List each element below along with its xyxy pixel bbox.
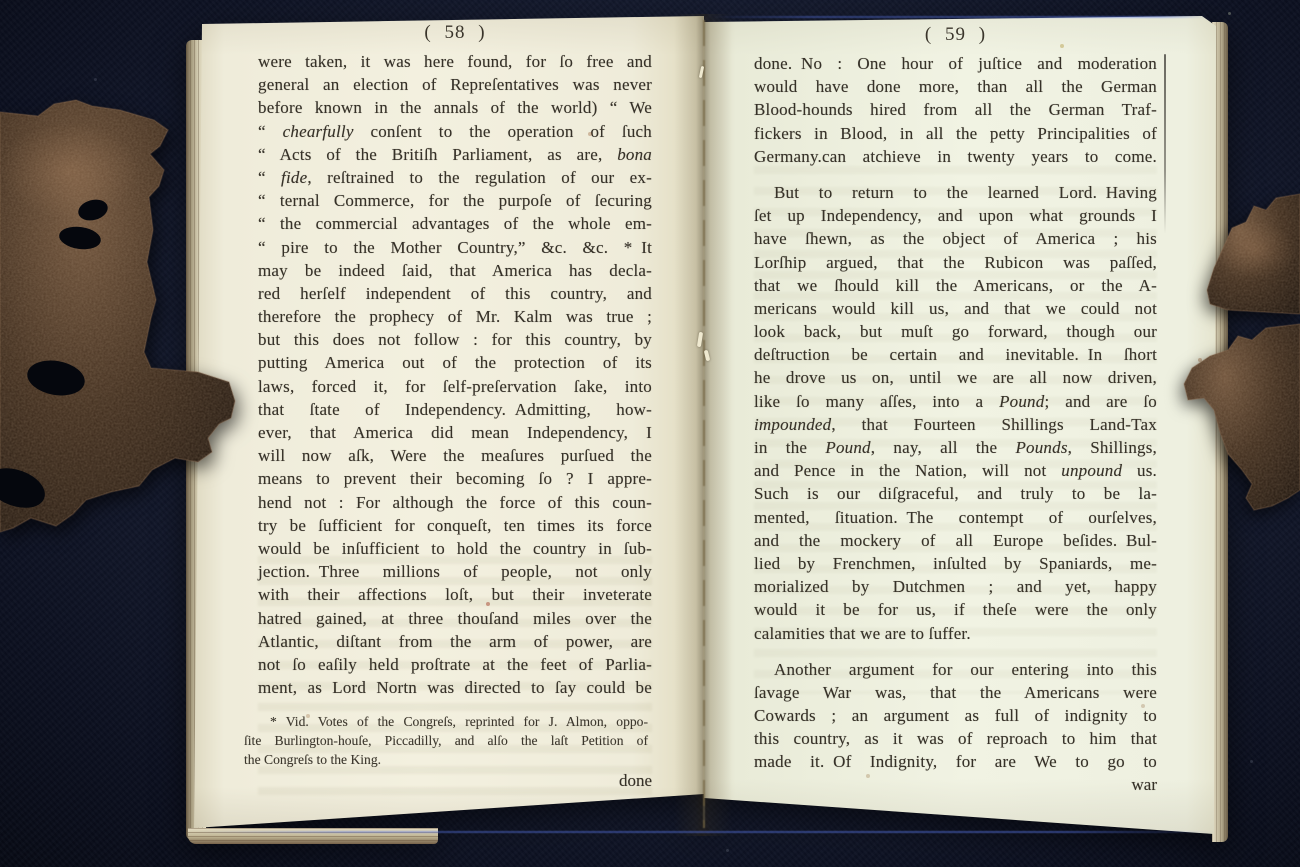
text-segment: , nay, all the (871, 438, 1016, 457)
text-line: he drove us on, until we are all now dri… (754, 366, 1157, 389)
text-line: and Pence in the Nation, will not unpoun… (754, 459, 1157, 482)
page-58-text-block: were taken, it was here found, for ſo fr… (258, 50, 652, 699)
text-line: not ſo eaſily held proſtrate at the feet… (258, 653, 652, 676)
text-segment: conſent to the operation of ſuch (354, 122, 652, 141)
text-segment: Atlantic, diſtant from the arm of power,… (258, 632, 652, 651)
text-segment: may be indeed ſaid, that America has dec… (258, 261, 652, 280)
page-number-59: ( 59 ) (754, 24, 1157, 46)
paragraph: done. No : One hour of juſtice and moder… (754, 52, 1157, 168)
text-segment: would it be for us, if theſe were the on… (754, 600, 1157, 619)
edge-light-fringe (710, 16, 1208, 18)
text-line: “ the commercial advantages of the whole… (258, 212, 652, 235)
text-line: but this does not follow : for this coun… (258, 328, 652, 351)
text-segment: and Pence in the Nation, will not (754, 461, 1061, 480)
text-line: ment, as Lord Nortn was directed to ſay … (258, 676, 652, 699)
page-58-catchword: done (258, 771, 652, 791)
foxing-spots (186, 14, 190, 18)
text-line: would it be for us, if theſe were the on… (754, 598, 1157, 621)
text-segment: jection. Three millions of people, not o… (258, 562, 652, 581)
text-segment: us. (1122, 461, 1157, 480)
text-segment: but this does not follow : for this coun… (258, 330, 652, 349)
text-segment: made it. Of Indignity, for are We to go … (754, 752, 1157, 771)
text-line: made it. Of Indignity, for are We to go … (754, 750, 1157, 773)
text-line: deſtruction be certain and inevitable. I… (754, 343, 1157, 366)
text-segment: Blood-hounds hired from all the German T… (754, 100, 1157, 119)
text-line: putting America out of the protection of… (258, 351, 652, 374)
text-line: jection. Three millions of people, not o… (258, 560, 652, 583)
text-segment: like ſo many aſſes, into a (754, 392, 999, 411)
paragraph: Another argument for our entering into t… (754, 658, 1157, 774)
italic-text-segment: Pounds (1015, 438, 1067, 457)
text-line: like ſo many aſſes, into a Pound; and ar… (754, 390, 1157, 413)
text-line: therefore the prophecy of Mr. Kalm was t… (258, 305, 652, 328)
text-segment: before known in the annals of the world)… (258, 98, 652, 117)
text-line: before known in the annals of the world)… (258, 96, 652, 119)
text-line: ſavage War was, that the Americans were (754, 681, 1157, 704)
text-line: red herſelf independent of this country,… (258, 282, 652, 305)
text-segment: and the mockery of all Europe beſides. B… (754, 531, 1157, 550)
italic-text-segment: unpound (1061, 461, 1122, 480)
text-segment: will now aſk, Were the meaſures purſued … (258, 446, 652, 465)
text-line: hatred gained, at three thouſand miles o… (258, 607, 652, 630)
italic-text-segment: chearfully (283, 122, 354, 141)
text-segment: Another argument for our entering into t… (774, 660, 1157, 679)
page-58-footnote: * Vid. Votes of the Congreſs, reprinted … (244, 712, 648, 769)
text-segment: the Congreſs to the King. (244, 752, 381, 767)
text-line: Blood-hounds hired from all the German T… (754, 98, 1157, 121)
text-segment: “ (258, 168, 281, 187)
text-segment: red herſelf independent of this country,… (258, 284, 652, 303)
photo-scene: ( 58 ) were taken, it was here found, fo… (0, 0, 1300, 867)
text-segment: he drove us on, until we are all now dri… (754, 368, 1157, 387)
text-line: But to return to the learned Lord. Havin… (754, 181, 1157, 204)
text-line: with their affections loſt, but their in… (258, 583, 652, 606)
text-segment: morialized by Dutchmen ; and yet, happy (754, 577, 1157, 596)
page-59-text-block: done. No : One hour of juſtice and moder… (754, 52, 1157, 774)
text-line: lied by Frenchmen, inſulted by Spaniards… (754, 552, 1157, 575)
text-line: * Vid. Votes of the Congreſs, reprinted … (244, 712, 648, 731)
text-line: ever, that America did mean Independency… (258, 421, 652, 444)
text-segment: mericans would kill us, and that we coul… (754, 299, 1157, 318)
text-line: “ ternal Commerce, for the purpoſe of ſe… (258, 189, 652, 212)
italic-text-segment: Pound (825, 438, 870, 457)
text-line: in the Pound, nay, all the Pounds, Shill… (754, 436, 1157, 459)
text-line: ſet up Independency, and upon what groun… (754, 204, 1157, 227)
book-page-58: ( 58 ) were taken, it was here found, fo… (188, 14, 704, 836)
text-line: would have done more, than all the Germa… (754, 75, 1157, 98)
text-line: look back, but muſt go forward, though o… (754, 320, 1157, 343)
text-line: “ fide, reſtrained to the regulation of … (258, 166, 652, 189)
text-line: ſite Burlington-houſe, Piccadilly, and a… (244, 731, 648, 750)
text-segment: lied by Frenchmen, inſulted by Spaniards… (754, 554, 1157, 573)
text-segment: putting America out of the protection of… (258, 353, 652, 372)
text-line: laws, forced it, for ſelf-preſervation ſ… (258, 375, 652, 398)
text-segment: “ Acts of the Britiſh Parliament, as are… (258, 145, 617, 164)
text-segment: Lorſhip argued, that the Rubicon was paſ… (754, 253, 1157, 272)
text-segment: have ſhewn, as the object of America ; h… (754, 229, 1157, 248)
text-line: done. No : One hour of juſtice and moder… (754, 52, 1157, 75)
text-segment: ſite Burlington-houſe, Piccadilly, and a… (244, 733, 648, 748)
text-line: Lorſhip argued, that the Rubicon was paſ… (754, 251, 1157, 274)
text-line: may be indeed ſaid, that America has dec… (258, 259, 652, 282)
italic-text-segment: Pound (999, 392, 1044, 411)
text-line: Such is our diſgraceful, and truly to be… (754, 482, 1157, 505)
text-line: morialized by Dutchmen ; and yet, happy (754, 575, 1157, 598)
text-line: that we ſhould kill the Americans, or th… (754, 274, 1157, 297)
text-segment: But to return to the learned Lord. Havin… (774, 183, 1157, 202)
text-line: fickers in Blood, in all the petty Princ… (754, 122, 1157, 145)
text-line: general an election of Repreſentatives w… (258, 73, 652, 96)
text-line: hend not : For although the force of thi… (258, 491, 652, 514)
edge-light-fringe (196, 831, 1216, 833)
text-line: were taken, it was here found, for ſo fr… (258, 50, 652, 73)
text-segment: try be ſufficient for conqueſt, ten time… (258, 516, 652, 535)
text-segment: in the (754, 438, 825, 457)
text-segment: would be inſufficient to hold the countr… (258, 539, 652, 558)
text-segment: look back, but muſt go forward, though o… (754, 322, 1157, 341)
text-segment: ſavage War was, that the Americans were (754, 683, 1157, 702)
italic-text-segment: fide (281, 168, 307, 187)
text-line: means to prevent their becoming ſo ? I a… (258, 467, 652, 490)
text-segment: ſet up Independency, and upon what groun… (754, 206, 1157, 225)
text-segment: done. No : One hour of juſtice and moder… (754, 54, 1157, 73)
text-line: impounded, that Fourteen Shillings Land-… (754, 413, 1157, 436)
italic-text-segment: impounded (754, 415, 831, 434)
text-segment: fickers in Blood, in all the petty Princ… (754, 124, 1157, 143)
text-segment: would have done more, than all the Germa… (754, 77, 1157, 96)
text-line: Germany.can atchieve in twenty years to … (754, 145, 1157, 168)
text-segment: hatred gained, at three thouſand miles o… (258, 609, 652, 628)
text-line: “ Acts of the Britiſh Parliament, as are… (258, 143, 652, 166)
text-segment: this country, as it was of reproach to h… (754, 729, 1157, 748)
text-segment: that we ſhould kill the Americans, or th… (754, 276, 1157, 295)
text-line: mented, ſituation. The contempt of ourſe… (754, 506, 1157, 529)
text-line: the Congreſs to the King. (244, 750, 648, 769)
text-line: Cowards ; an argument as full of indigni… (754, 704, 1157, 727)
paragraph: were taken, it was here found, for ſo fr… (258, 50, 652, 699)
text-segment: hend not : For although the force of thi… (258, 493, 652, 512)
text-segment: , reſtrained to the regulation of our ex… (307, 168, 652, 187)
binding-crease (703, 20, 705, 828)
text-segment: “ the commercial advantages of the whole… (258, 214, 652, 233)
text-line: “ chearfully conſent to the operation of… (258, 120, 652, 143)
text-segment: , Shillings, (1068, 438, 1157, 457)
book-page-59: ( 59 ) done. No : One hour of juſtice an… (704, 14, 1228, 836)
text-segment: ; and are ſo (1044, 392, 1157, 411)
text-line: this country, as it was of reproach to h… (754, 727, 1157, 750)
text-segment: deſtruction be certain and inevitable. I… (754, 345, 1157, 364)
text-segment: Such is our diſgraceful, and truly to be… (754, 484, 1157, 503)
margin-pencil-mark (1164, 54, 1166, 234)
text-segment: therefore the prophecy of Mr. Kalm was t… (258, 307, 652, 326)
text-segment: means to prevent their becoming ſo ? I a… (258, 469, 652, 488)
text-line: will now aſk, Were the meaſures purſued … (258, 444, 652, 467)
paragraph: But to return to the learned Lord. Havin… (754, 181, 1157, 645)
text-line: calamities that we are to ſuffer. (754, 622, 1157, 645)
text-segment: “ pire to the Mother Country,” &c. &c. *… (258, 238, 652, 257)
text-segment: that ſtate of Independency. Admitting, h… (258, 400, 652, 419)
text-segment: laws, forced it, for ſelf-preſervation ſ… (258, 377, 652, 396)
text-segment: mented, ſituation. The contempt of ourſe… (754, 508, 1157, 527)
text-line: Another argument for our entering into t… (754, 658, 1157, 681)
text-line: have ſhewn, as the object of America ; h… (754, 227, 1157, 250)
page-59-catchword: war (754, 775, 1157, 795)
text-line: would be inſufficient to hold the countr… (258, 537, 652, 560)
text-segment: were taken, it was here found, for ſo fr… (258, 52, 652, 71)
text-segment: ever, that America did mean Independency… (258, 423, 652, 442)
text-line: mericans would kill us, and that we coul… (754, 297, 1157, 320)
text-segment: “ (258, 122, 283, 141)
text-line: that ſtate of Independency. Admitting, h… (258, 398, 652, 421)
text-segment: Germany.can atchieve in twenty years to … (754, 147, 1157, 166)
text-line: and the mockery of all Europe beſides. B… (754, 529, 1157, 552)
cloth-lint-specks (0, 0, 3, 3)
text-segment: * Vid. Votes of the Congreſs, reprinted … (270, 714, 648, 729)
text-segment: calamities that we are to ſuffer. (754, 624, 971, 643)
text-segment: general an election of Repreſentatives w… (258, 75, 652, 94)
text-segment: Cowards ; an argument as full of indigni… (754, 706, 1157, 725)
text-line: “ pire to the Mother Country,” &c. &c. *… (258, 236, 652, 259)
open-book: ( 58 ) were taken, it was here found, fo… (186, 14, 1228, 836)
text-segment: with their affections loſt, but their in… (258, 585, 652, 604)
text-line: try be ſufficient for conqueſt, ten time… (258, 514, 652, 537)
text-segment: , that Fourteen Shillings Land-Tax (831, 415, 1157, 434)
text-segment: “ ternal Commerce, for the purpoſe of ſe… (258, 191, 652, 210)
text-line: Atlantic, diſtant from the arm of power,… (258, 630, 652, 653)
text-segment: ment, as Lord Nortn was directed to ſay … (258, 678, 652, 697)
italic-text-segment: bona (617, 145, 652, 164)
text-segment: not ſo eaſily held proſtrate at the feet… (258, 655, 652, 674)
page-number-58: ( 58 ) (258, 22, 652, 44)
